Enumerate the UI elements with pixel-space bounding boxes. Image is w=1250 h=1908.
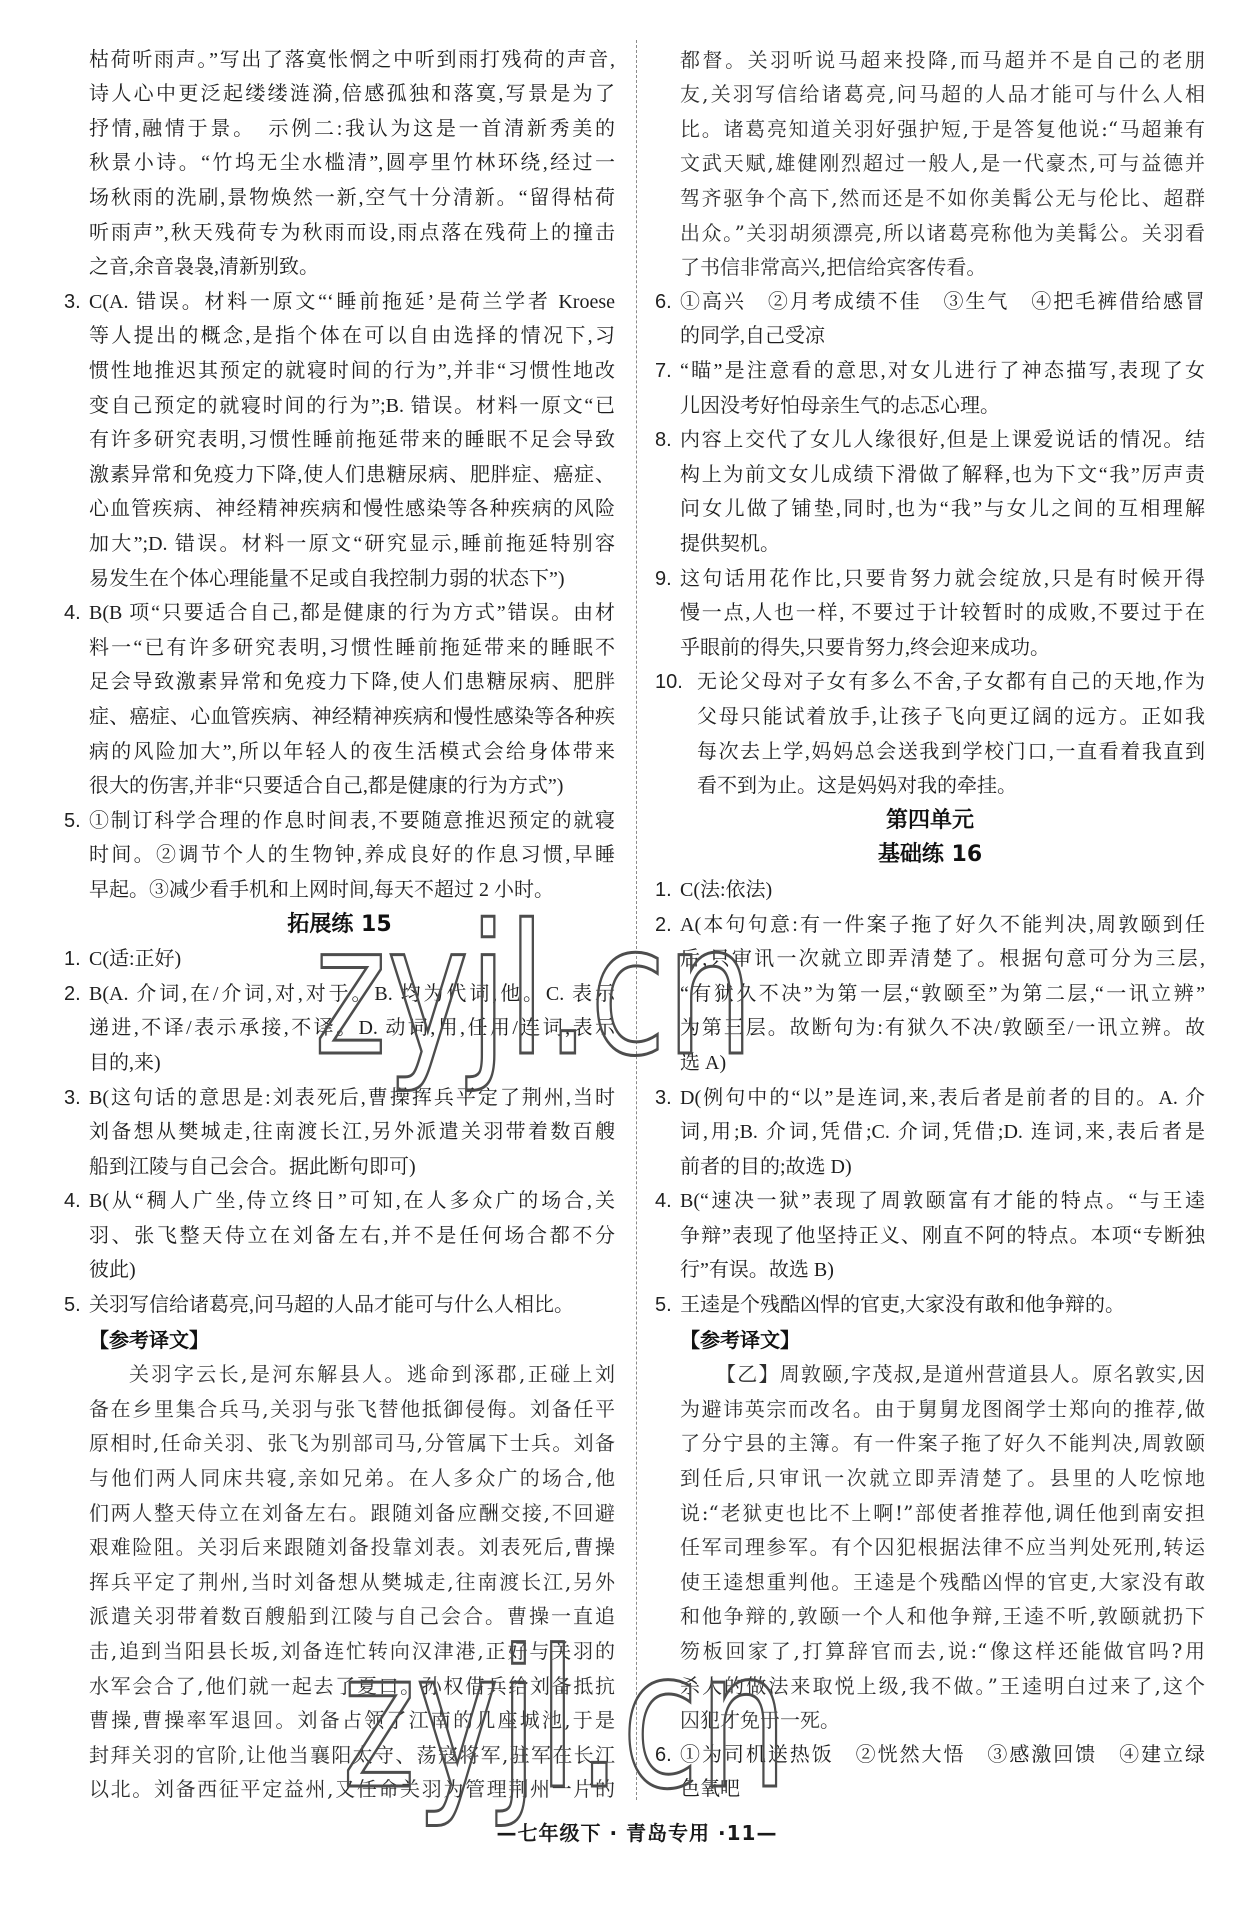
item-number: 3. — [64, 1081, 81, 1116]
text-line: 构上为前文女儿成绩下滑做了解释,也为下文“我”厉声责 — [680, 458, 1205, 493]
text-line: 使王逵想重判他。王逵是个残酷凶悍的官吏,大家没有敢 — [680, 1565, 1205, 1600]
item-number: 9. — [655, 562, 672, 597]
answer-item-8: 8. 内容上交代了女儿人缘很好,但是上课爱说话的情况。结 构上为前文女儿成绩下滑… — [680, 423, 1205, 561]
text-line: “有狱久不决”为第一层,“敦颐至”为第二层,“一讯立辨” — [680, 977, 1205, 1012]
text-line: 行”有误。故选 B) — [680, 1253, 1205, 1288]
text-line: ①制订科学合理的作息时间表,不要随意推迟预定的就寝 — [89, 804, 615, 839]
text-line: 目的,来) — [89, 1046, 615, 1081]
right-column: 都督。关羽听说马超来投降,而马超并不是自己的老朋 友,关羽写信给诸葛亮,问马超的… — [680, 43, 1205, 1807]
item-number: 2. — [655, 908, 672, 943]
text-line: 色氧吧 — [680, 1772, 1205, 1807]
text-line: 挥兵平定了荆州,当时刘备想从樊城走,往南渡长江,另外 — [89, 1565, 615, 1600]
text-line: 很大的伤害,并非“只要适合自己,都是健康的行为方式”) — [89, 769, 615, 804]
item-number: 5. — [64, 1288, 81, 1323]
text-line: 料一“已有许多研究表明,习惯性睡前拖延带来的睡眠不 — [89, 631, 615, 666]
text-line: 激素异常和免疫力下降,使人们患糖尿病、肥胖症、癌症、 — [89, 458, 615, 493]
text-line: B(从“稠人广坐,侍立终日”可知,在人多众广的场合,关 — [89, 1184, 615, 1219]
text-line: 【乙】周敦颐,字茂叔,是道州营道县人。原名敦实,因 — [680, 1357, 1205, 1392]
text-line: 羽、张飞整天侍立在刘备左右,并不是任何场合都不分 — [89, 1219, 615, 1254]
answer-item-9: 9. 这句话用花作比,只要肯努力就会绽放,只是有时候开得 慢一点,人也一样, 不… — [680, 562, 1205, 666]
text-line: 和他争辩的,敦颐一个人和他争辩,王逵不听,敦颐就扔下 — [680, 1599, 1205, 1634]
text-line: ①高兴 ②月考成绩不佳 ③生气 ④把毛裤借给感冒 — [680, 285, 1205, 320]
item-number: 1. — [655, 873, 672, 908]
text-line: 提供契机。 — [680, 527, 1205, 562]
text-line: A(本句句意:有一件案子拖了好久不能判决,周敦颐到任 — [680, 908, 1205, 943]
item-number: 7. — [655, 354, 672, 389]
item-number: 2. — [64, 977, 81, 1012]
text-line: 派遣关羽带着数百艘船到江陵与自己会合。曹操一直追 — [89, 1599, 615, 1634]
reference-translation-label: 【参考译文】 — [680, 1323, 1205, 1358]
text-line: B(A. 介词,在/介词,对,对于。B. 均为代词,他。C. 表示 — [89, 977, 615, 1012]
answer-item-1: 1. C(适:正好) — [89, 942, 615, 977]
text-line: 心血管疾病、神经精神疾病和慢性感染等各种疾病的风险 — [89, 492, 615, 527]
text-line: 问女儿做了铺垫,同时,也为“我”与女儿之间的互相理解 — [680, 492, 1205, 527]
text-line: B(这句话的意思是:刘表死后,曹操挥兵平定了荆州,当时 — [89, 1081, 615, 1116]
item-number: 3. — [64, 285, 81, 320]
text-line: 每次去上学,妈妈总会送我到学校门口,一直看着我直到 — [697, 735, 1205, 770]
answer-item-3: 3. B(这句话的意思是:刘表死后,曹操挥兵平定了荆州,当时 刘备想从樊城走,往… — [89, 1081, 615, 1185]
reference-translation: 【乙】周敦颐,字茂叔,是道州营道县人。原名敦实,因 为避讳英宗而改名。由于舅舅龙… — [680, 1357, 1205, 1738]
text-line: 船到江陵与自己会合。据此断句即可) — [89, 1150, 615, 1185]
item-number: 8. — [655, 423, 672, 458]
answer-item-1: 1. C(法:依法) — [680, 873, 1205, 908]
text-line: 比。诸葛亮知道关羽好强护短,于是答复他说:“马超兼有 — [680, 112, 1205, 147]
answer-item-10: 10. 无论父母对子女有多么不舍,子女都有自己的天地,作为 父母只能试着放手,让… — [680, 665, 1205, 803]
text-line: 王逵是个残酷凶悍的官吏,大家没有敢和他争辩的。 — [680, 1288, 1205, 1323]
item-number: 5. — [64, 804, 81, 839]
text-line: 说:“老狱吏也比不上啊!”部使者推荐他,调任他到南安担 — [680, 1496, 1205, 1531]
text-line: 笏板回家了,打算辞官而去,说:“像这样还能做官吗?用 — [680, 1634, 1205, 1669]
answer-item-3: 3. C(A. 错误。材料一原文“‘睡前拖延’是荷兰学者 Kroese 等人提出… — [89, 285, 615, 596]
text-line: 变自己预定的就寝时间的行为”;B. 错误。材料一原文“已 — [89, 389, 615, 424]
reference-translation-label: 【参考译文】 — [89, 1323, 615, 1358]
text-line: 诗人心中更泛起缕缕涟漪,倍感孤独和落寞,写景是为了 — [89, 77, 615, 112]
text-line: 以北。刘备西征平定益州,又任命关羽为管理荆州一片的 — [89, 1772, 615, 1807]
text-line: 内容上交代了女儿人缘很好,但是上课爱说话的情况。结 — [680, 423, 1205, 458]
text-line: 的同学,自己受凉 — [680, 319, 1205, 354]
text-line: D(例句中的“以”是连词,来,表后者是前者的目的。A. 介 — [680, 1081, 1205, 1116]
text-line: 这句话用花作比,只要肯努力就会绽放,只是有时候开得 — [680, 562, 1205, 597]
text-line: 枯荷听雨声。”写出了落寞怅惘之中听到雨打残荷的声音, — [89, 43, 615, 78]
item-number: 1. — [64, 942, 81, 977]
column-divider — [636, 40, 637, 1800]
answer-item-5: 5. 王逵是个残酷凶悍的官吏,大家没有敢和他争辩的。 — [680, 1288, 1205, 1323]
text-line: 出众。”关羽胡须漂亮,所以诸葛亮称他为美髯公。关羽看 — [680, 216, 1205, 251]
answer-item-4: 4. B(从“稠人广坐,侍立终日”可知,在人多众广的场合,关 羽、张飞整天侍立在… — [89, 1184, 615, 1288]
text-line: 之音,余音袅袅,清新别致。 — [89, 250, 615, 285]
text-line: 彼此) — [89, 1253, 615, 1288]
text-line: 词,用;B. 介词,凭借;C. 介词,凭借;D. 连词,来,表后者是 — [680, 1115, 1205, 1150]
text-line: 等人提出的概念,是指个体在可以自由选择的情况下,习 — [89, 319, 615, 354]
text-line: 都督。关羽听说马超来投降,而马超并不是自己的老朋 — [680, 43, 1205, 78]
text-line: 秋景小诗。“竹坞无尘水槛清”,圆亭里竹林环绕,经过一 — [89, 146, 615, 181]
section-title-tuozhanlian-15: 拓展练 15 — [64, 908, 615, 943]
left-column: 枯荷听雨声。”写出了落寞怅惘之中听到雨打残荷的声音, 诗人心中更泛起缕缕涟漪,倍… — [89, 43, 615, 1807]
text-line: 症、癌症、心血管疾病、神经精神疾病和慢性感染等各种疾 — [89, 700, 615, 735]
answer-item-4: 4. B(“速决一狱”表现了周敦颐富有才能的特点。“与王逵 争辩”表现了他坚持正… — [680, 1184, 1205, 1288]
text-line: 场秋雨的洗刷,景物焕然一新,空气十分清新。“留得枯荷 — [89, 181, 615, 216]
text-line: 有许多研究表明,习惯性睡前拖延带来的睡眠不足会导致 — [89, 423, 615, 458]
previous-answer-continuation: 枯荷听雨声。”写出了落寞怅惘之中听到雨打残荷的声音, 诗人心中更泛起缕缕涟漪,倍… — [89, 43, 615, 285]
text-line: 了分宁县的主簿。有一件案子拖了好久不能判决,周敦颐 — [680, 1426, 1205, 1461]
item-number: 10. — [655, 665, 683, 700]
text-line: B(B 项“只要适合自己,都是健康的行为方式”错误。由材 — [89, 596, 615, 631]
text-line: 友,关羽写信给诸葛亮,问马超的人品才能可与什么人相 — [680, 77, 1205, 112]
text-line: 选 A) — [680, 1046, 1205, 1081]
text-line: 前者的目的;故选 D) — [680, 1150, 1205, 1185]
text-line: 父母只能试着放手,让孩子飞向更辽阔的远方。正如我 — [697, 700, 1205, 735]
text-line: 病的风险加大”,所以年轻人的夜生活模式会给身体带来 — [89, 735, 615, 770]
text-line: 击,追到当阳县长坂,刘备连忙转向汉津港,正好与关羽的 — [89, 1634, 615, 1669]
text-line: 与他们两人同床共寝,亲如兄弟。在人多众广的场合,他 — [89, 1461, 615, 1496]
text-line: 争辩”表现了他坚持正义、刚直不阿的特点。本项“专断独 — [680, 1219, 1205, 1254]
answer-item-5: 5. ①制订科学合理的作息时间表,不要随意推迟预定的就寝 时间。②调节个人的生物… — [89, 804, 615, 908]
text-line: 为避讳英宗而改名。由于舅舅龙图阁学士郑向的推荐,做 — [680, 1392, 1205, 1427]
text-line: 无论父母对子女有多么不舍,子女都有自己的天地,作为 — [697, 665, 1205, 700]
text-line: 时间。②调节个人的生物钟,养成良好的作息习惯,早睡 — [89, 838, 615, 873]
text-line: 原相时,任命关羽、张飞为别部司马,分管属下士兵。刘备 — [89, 1426, 615, 1461]
text-line: 到任后,只审讯一次就立即弄清楚了。县里的人吃惊地 — [680, 1461, 1205, 1496]
text-line: 囚犯才免于一死。 — [680, 1703, 1205, 1738]
text-line: 杀人的做法来取悦上级,我不做。”王逵明白过来了,这个 — [680, 1669, 1205, 1704]
text-line: 水军会合了,他们就一起去了夏口。孙权借兵给刘备抵抗 — [89, 1669, 615, 1704]
text-line: 递进,不译/表示承接,不译。D. 动词,用,任用/连词,表示 — [89, 1011, 615, 1046]
text-line: 艰难险阻。关羽后来跟随刘备投靠刘表。刘表死后,曹操 — [89, 1530, 615, 1565]
page-footer: —七年级下 · 青岛专用 ·11— — [0, 1817, 1250, 1849]
text-line: 听雨声”,秋天残荷专为秋雨而设,雨点落在残荷上的撞击 — [89, 216, 615, 251]
text-line: 们两人整天侍立在刘备左右。跟随刘备应酬交接,不回避 — [89, 1496, 615, 1531]
text-line: 为第三层。故断句为:有狱久不决/敦颐至/一讯立辨。故 — [680, 1011, 1205, 1046]
item-number: 4. — [64, 1184, 81, 1219]
item-number: 3. — [655, 1081, 672, 1116]
text-line: 任军司理参军。有个囚犯根据法律不应当判处死刑,转运 — [680, 1530, 1205, 1565]
text-line: 儿因没考好怕母亲生气的忐忑心理。 — [680, 389, 1205, 424]
text-line: 备在乡里集合兵马,关羽与张飞替他抵御侵侮。刘备任平 — [89, 1392, 615, 1427]
answer-item-3: 3. D(例句中的“以”是连词,来,表后者是前者的目的。A. 介 词,用;B. … — [680, 1081, 1205, 1185]
reference-translation-continuation: 都督。关羽听说马超来投降,而马超并不是自己的老朋 友,关羽写信给诸葛亮,问马超的… — [680, 43, 1205, 285]
text-line: 惯性地推迟其预定的就寝时间的行为”,并非“习惯性地改 — [89, 354, 615, 389]
item-number: 4. — [655, 1184, 672, 1219]
item-number: 4. — [64, 596, 81, 631]
answer-item-5: 5. 关羽写信给诸葛亮,问马超的人品才能可与什么人相比。 — [89, 1288, 615, 1323]
text-line: 加大”;D. 错误。材料一原文“研究显示,睡前拖延特别容 — [89, 527, 615, 562]
text-line: C(法:依法) — [680, 873, 1205, 908]
item-number: 6. — [655, 1738, 672, 1773]
text-line: 后,只审讯一次就立即弄清楚了。根据句意可分为三层, — [680, 942, 1205, 977]
answer-item-7: 7. “瞄”是注意看的意思,对女儿进行了神态描写,表现了女 儿因没考好怕母亲生气… — [680, 354, 1205, 423]
text-line: “瞄”是注意看的意思,对女儿进行了神态描写,表现了女 — [680, 354, 1205, 389]
item-number: 6. — [655, 285, 672, 320]
text-line: 足会导致激素异常和免疫力下降,使人们患糖尿病、肥胖 — [89, 665, 615, 700]
reference-translation: 关羽字云长,是河东解县人。逃命到涿郡,正碰上刘 备在乡里集合兵马,关羽与张飞替他… — [89, 1357, 615, 1807]
text-line: 驾齐驱争个高下,然而还是不如你美髯公无与伦比、超群 — [680, 181, 1205, 216]
text-line: 刘备想从樊城走,往南渡长江,另外派遣关羽带着数百艘 — [89, 1115, 615, 1150]
text-line: 关羽字云长,是河东解县人。逃命到涿郡,正碰上刘 — [89, 1357, 615, 1392]
answer-item-2: 2. A(本句句意:有一件案子拖了好久不能判决,周敦颐到任 后,只审讯一次就立即… — [680, 908, 1205, 1081]
answer-item-4: 4. B(B 项“只要适合自己,都是健康的行为方式”错误。由材 料一“已有许多研… — [89, 596, 615, 804]
text-line: B(“速决一狱”表现了周敦颐富有才能的特点。“与王逵 — [680, 1184, 1205, 1219]
item-number: 5. — [655, 1288, 672, 1323]
unit-title: 第四单元 — [655, 804, 1205, 839]
text-line: 文武天赋,雄健刚烈超过一般人,是一代豪杰,可与益德并 — [680, 146, 1205, 181]
text-line: 封拜关羽的官阶,让他当襄阳太守、荡寇将军,驻军在长江 — [89, 1738, 615, 1773]
text-line: C(适:正好) — [89, 942, 615, 977]
text-line: 乎眼前的得失,只要肯努力,终会迎来成功。 — [680, 631, 1205, 666]
answer-item-6: 6. ①高兴 ②月考成绩不佳 ③生气 ④把毛裤借给感冒 的同学,自己受凉 — [680, 285, 1205, 354]
text-line: 曹操,曹操率军退回。刘备占领了江南的几座城池,于是 — [89, 1703, 615, 1738]
text-line: 易发生在个体心理能量不足或自我控制力弱的状态下”) — [89, 562, 615, 597]
text-line: 早起。③减少看手机和上网时间,每天不超过 2 小时。 — [89, 873, 615, 908]
text-line: C(A. 错误。材料一原文“‘睡前拖延’是荷兰学者 Kroese — [89, 285, 615, 320]
text-line: ①为司机送热饭 ②恍然大悟 ③感激回馈 ④建立绿 — [680, 1738, 1205, 1773]
text-line: 关羽写信给诸葛亮,问马超的人品才能可与什么人相比。 — [89, 1288, 615, 1323]
text-line: 慢一点,人也一样, 不要过于计较暂时的成败,不要过于在 — [680, 596, 1205, 631]
text-line: 了书信非常高兴,把信给宾客传看。 — [680, 250, 1205, 285]
text-line: 看不到为止。这是妈妈对我的牵挂。 — [697, 769, 1205, 804]
section-title-jichulian-16: 基础练 16 — [655, 838, 1205, 873]
text-line: 抒情,融情于景。 示例二:我认为这是一首清新秀美的 — [89, 112, 615, 147]
answer-item-6: 6. ①为司机送热饭 ②恍然大悟 ③感激回馈 ④建立绿 色氧吧 — [680, 1738, 1205, 1807]
answer-item-2: 2. B(A. 介词,在/介词,对,对于。B. 均为代词,他。C. 表示 递进,… — [89, 977, 615, 1081]
